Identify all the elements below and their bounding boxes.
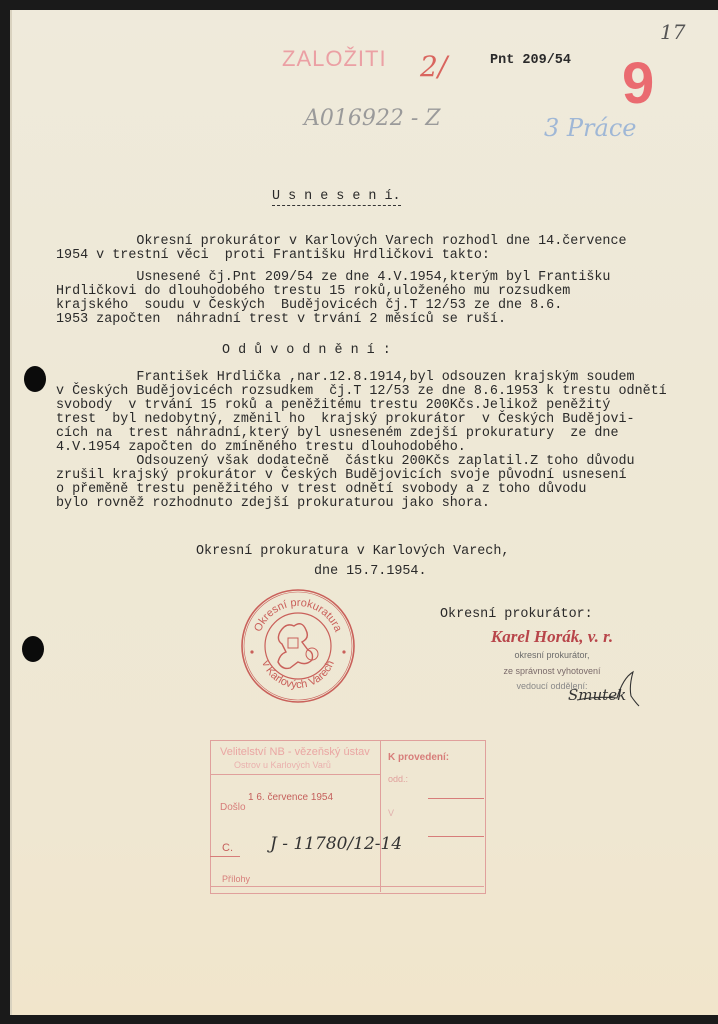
reasoning-line: trest byl nedobytný, změnil ho krajský p… bbox=[56, 413, 635, 427]
official-seal: Okresní prokuratura v Karlových Varech bbox=[240, 588, 356, 704]
document-page: ZALOŽITI 2/ Pnt 209/54 17 9 A016922 - Z … bbox=[10, 10, 718, 1015]
execution-label: K provedení: bbox=[388, 752, 449, 763]
resolution-line: 1953 započten náhradní trest v trvání 2 … bbox=[56, 313, 506, 327]
reference-label: C. bbox=[222, 842, 233, 854]
red-handwritten-mark: 2/ bbox=[420, 50, 447, 83]
signature-stroke-icon bbox=[572, 670, 642, 710]
department-label: odd.: bbox=[388, 774, 408, 784]
resolution-line: Hrdličkovi do dlouhodobého trestu 15 rok… bbox=[56, 285, 570, 299]
signer-name: Karel Horák, v. r. bbox=[452, 627, 652, 647]
punch-hole-bottom bbox=[22, 636, 44, 662]
reasoning-line: svobody v trvání 15 roků a peněžitému tr… bbox=[56, 399, 610, 413]
resolution-line: Usnesené čj.Pnt 209/54 ze dne 4.V.1954,k… bbox=[56, 271, 610, 285]
reasoning-line: 4.V.1954 započten do zmíněného trestu dl… bbox=[56, 441, 466, 455]
receipt-stamp: Velitelství NB - vězeňský ústav Ostrov u… bbox=[208, 738, 488, 898]
reference-number-handwritten: J - 11780/12-14 bbox=[270, 834, 402, 854]
file-number: Pnt 209/54 bbox=[490, 54, 571, 68]
received-date: 1 6. července 1954 bbox=[248, 792, 333, 803]
intro-line: Okresní prokurátor v Karlových Varech ro… bbox=[56, 235, 627, 249]
office-place: Okresní prokuratura v Karlových Varech, bbox=[196, 545, 509, 559]
big-red-number: 9 bbox=[622, 50, 654, 117]
receipt-header-line1: Velitelství NB - vězeňský ústav bbox=[220, 746, 370, 758]
intro-line: 1954 v trestní věci proti Františku Hrdl… bbox=[56, 249, 490, 263]
reasoning-line: v Českých Budějovicéch rozsudkem čj.T 12… bbox=[56, 385, 667, 399]
received-label: Došlo bbox=[220, 802, 246, 813]
reasoning-heading: O d ů v o d n ě n í : bbox=[222, 344, 391, 358]
reasoning-line: Odsouzený však dodatečně částku 200Kčs z… bbox=[56, 455, 635, 469]
seal-emblem-icon: Okresní prokuratura v Karlových Varech bbox=[240, 588, 356, 704]
reasoning-line: zrušil krajský prokurátor v Českých Budě… bbox=[56, 469, 627, 483]
signature-role: Okresní prokurátor: bbox=[440, 608, 593, 622]
attachments-label: Přílohy bbox=[222, 874, 250, 884]
zalozit-stamp: ZALOŽITI bbox=[282, 46, 387, 72]
resolution-line: krajského soudu v Českých Budějovicéch č… bbox=[56, 299, 562, 313]
archive-number-handwritten: A016922 - Z bbox=[304, 106, 441, 131]
reasoning-line: František Hrdlička ,nar.12.8.1914,byl od… bbox=[56, 371, 635, 385]
page-number-handwritten: 17 bbox=[660, 20, 685, 44]
blue-handwritten-note: 3 Práce bbox=[544, 114, 636, 142]
reasoning-line: o přeměně trestu peněžitého v trest odně… bbox=[56, 483, 586, 497]
v-label: V bbox=[388, 808, 394, 818]
document-date: dne 15.7.1954. bbox=[314, 565, 427, 579]
signer-title: okresní prokurátor, bbox=[452, 650, 652, 660]
reasoning-line: bylo rovněž rozhodnuto zdejší prokuratur… bbox=[56, 497, 490, 511]
punch-hole-top bbox=[24, 366, 46, 392]
svg-text:v Karlových Varech: v Karlových Varech bbox=[259, 659, 337, 691]
reasoning-line: cích na trest náhradní,který byl usnesen… bbox=[56, 427, 619, 441]
document-title: U s n e s e n í. bbox=[272, 190, 401, 206]
receipt-header-line2: Ostrov u Karlových Varů bbox=[234, 760, 331, 770]
